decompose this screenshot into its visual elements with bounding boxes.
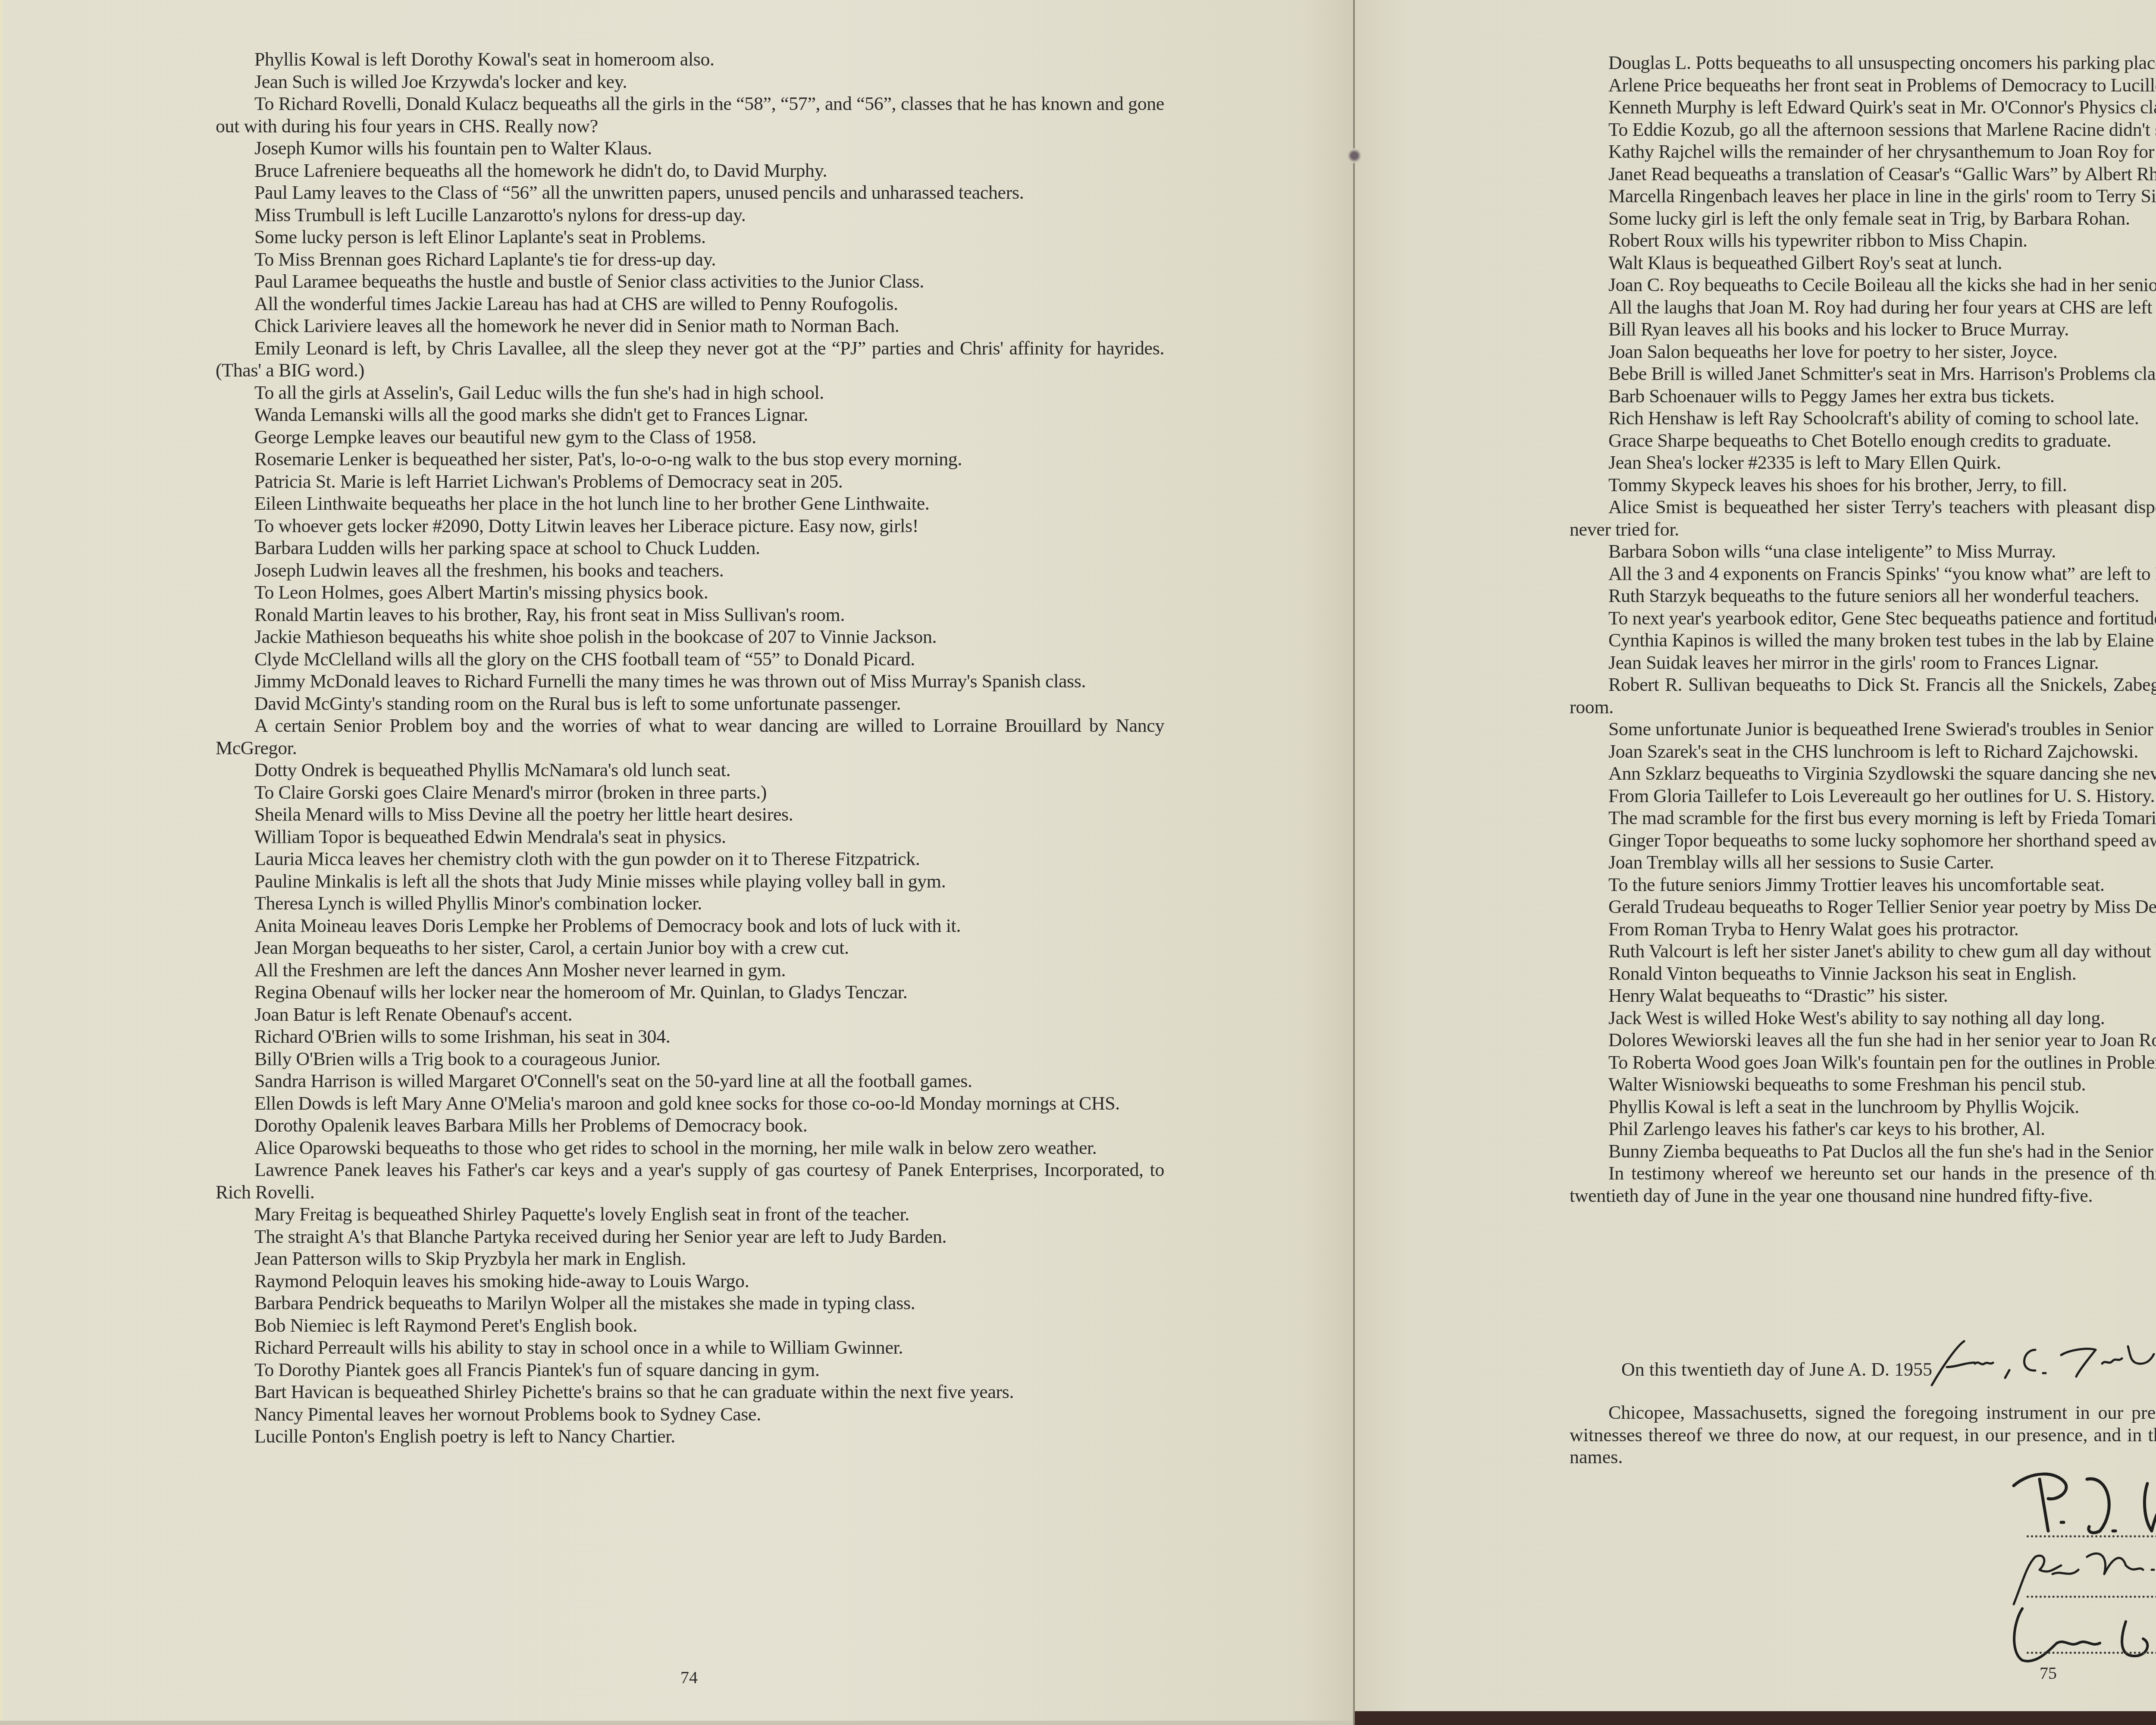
will-entry: Joan C. Roy bequeaths to Cecile Boileau …: [1570, 274, 2156, 296]
will-entry: Bart Havican is bequeathed Shirley Piche…: [216, 1381, 1164, 1403]
will-entry: Jimmy McDonald leaves to Richard Furnell…: [216, 670, 1164, 693]
will-entry: Richard Perreault wills his ability to s…: [216, 1336, 1164, 1359]
will-entry: Joan Szarek's seat in the CHS lunchroom …: [1570, 740, 2156, 763]
will-entry: Jean Patterson wills to Skip Pryzbyla he…: [216, 1248, 1164, 1270]
will-entry: Nancy Pimental leaves her wornout Proble…: [216, 1403, 1164, 1426]
will-entry: Walter Wisniowski bequeaths to some Fres…: [1570, 1073, 2156, 1096]
will-entry: Phyllis Kowal is left Dorothy Kowal's se…: [216, 48, 1164, 71]
will-entry: Bob Niemiec is left Raymond Peret's Engl…: [216, 1314, 1164, 1337]
will-entry: Walt Klaus is bequeathed Gilbert Roy's s…: [1570, 252, 2156, 274]
will-entry: Bruce Lafreniere bequeaths all the homew…: [216, 160, 1164, 182]
left-page-text: Phyllis Kowal is left Dorothy Kowal's se…: [216, 48, 1164, 1448]
staple-icon: [1347, 147, 1362, 164]
will-entry: Jean Such is willed Joe Krzywda's locker…: [216, 71, 1164, 93]
attestation-paragraph: Chicopee, Massachusetts, signed the fore…: [1570, 1402, 2156, 1468]
will-entry: Phil Zarlengo leaves his father's car ke…: [1570, 1118, 2156, 1140]
will-entry: Mary Freitag is bequeathed Shirley Paque…: [216, 1203, 1164, 1226]
will-entry: A certain Senior Problem boy and the wor…: [216, 715, 1164, 759]
will-entry: Alice Oparowski bequeaths to those who g…: [216, 1137, 1164, 1159]
will-entry: Robert R. Sullivan bequeaths to Dick St.…: [1570, 674, 2156, 718]
will-entry: Henry Walat bequeaths to “Drastic” his s…: [1570, 985, 2156, 1007]
signature-line-3: [2027, 1652, 2156, 1654]
will-entry: To Leon Holmes, goes Albert Martin's mis…: [216, 581, 1164, 604]
will-entry: Barbara Ludden wills her parking space a…: [216, 537, 1164, 559]
date-line: On this twentieth day of June A. D. 1955: [1621, 1358, 1932, 1380]
will-entry: Robert Roux wills his typewriter ribbon …: [1570, 229, 2156, 252]
will-entry: Lauria Micca leaves her chemistry cloth …: [216, 848, 1164, 870]
will-entry: Lawrence Panek leaves his Father's car k…: [216, 1159, 1164, 1203]
will-entry: Arlene Price bequeaths her front seat in…: [1570, 74, 2156, 97]
handwritten-signature-witness-1-icon: [2005, 1466, 2156, 1540]
will-entry: Dotty Ondrek is bequeathed Phyllis McNam…: [216, 759, 1164, 781]
signature-line-1: [2027, 1535, 2156, 1537]
will-entry: Richard O'Brien wills to some Irishman, …: [216, 1026, 1164, 1048]
will-entry: Jackie Mathieson bequeaths his white sho…: [216, 626, 1164, 648]
will-entry: Ruth Starzyk bequeaths to the future sen…: [1570, 585, 2156, 607]
will-entry: From Gloria Taillefer to Lois Levereault…: [1570, 785, 2156, 807]
will-entry: Billy O'Brien wills a Trig book to a cou…: [216, 1048, 1164, 1070]
will-entry: Bebe Brill is willed Janet Schmitter's s…: [1570, 363, 2156, 385]
page-number-left: 74: [680, 1669, 698, 1686]
will-entry: Joseph Ludwin leaves all the freshmen, h…: [216, 559, 1164, 582]
will-entry: Tommy Skypeck leaves his shoes for his b…: [1570, 474, 2156, 496]
will-entry: Wanda Lemanski wills all the good marks …: [216, 404, 1164, 426]
will-entry: Barbara Pendrick bequeaths to Marilyn Wo…: [216, 1292, 1164, 1314]
will-entry: To Miss Brennan goes Richard Laplante's …: [216, 248, 1164, 271]
will-entry: Douglas L. Potts bequeaths to all unsusp…: [1570, 52, 2156, 74]
will-entry: Cynthia Kapinos is willed the many broke…: [1570, 629, 2156, 652]
will-entry: Ann Szklarz bequeaths to Virginia Szydlo…: [1570, 762, 2156, 785]
will-entry: Some lucky girl is left the only female …: [1570, 207, 2156, 230]
will-entry: Jean Morgan bequeaths to her sister, Car…: [216, 937, 1164, 959]
book-cover-edge: [1355, 1711, 2156, 1725]
will-entry: The straight A's that Blanche Partyka re…: [216, 1226, 1164, 1248]
will-entry: Miss Trumbull is left Lucille Lanzarotto…: [216, 204, 1164, 226]
will-entry: Grace Sharpe bequeaths to Chet Botello e…: [1570, 430, 2156, 452]
will-entry: Ellen Dowds is left Mary Anne O'Melia's …: [216, 1092, 1164, 1115]
will-entry: Ronald Vinton bequeaths to Vinnie Jackso…: [1570, 963, 2156, 985]
will-entry: Marcella Ringenbach leaves her place in …: [1570, 185, 2156, 207]
will-entry: Jack West is willed Hoke West's ability …: [1570, 1007, 2156, 1029]
will-entry: The mad scramble for the first bus every…: [1570, 807, 2156, 829]
will-entry: Joan Tremblay wills all her sessions to …: [1570, 851, 2156, 874]
will-entry: Joseph Kumor wills his fountain pen to W…: [216, 137, 1164, 160]
book-spine: [1353, 0, 1355, 1725]
will-entry: Jean Shea's locker #2335 is left to Mary…: [1570, 452, 2156, 474]
will-entry: Rich Henshaw is left Ray Schoolcraft's a…: [1570, 407, 2156, 430]
will-entry: Sandra Harrison is willed Margaret O'Con…: [216, 1070, 1164, 1092]
will-entry: Paul Lamy leaves to the Class of “56” al…: [216, 182, 1164, 204]
will-entry: Chick Lariviere leaves all the homework …: [216, 315, 1164, 337]
will-entry: Some unfortunate Junior is bequeathed Ir…: [1570, 718, 2156, 740]
will-entry: In testimony whereof we hereunto set our…: [1570, 1162, 2156, 1207]
will-entry: George Lempke leaves our beautiful new g…: [216, 426, 1164, 448]
will-entry: Kathy Rajchel wills the remainder of her…: [1570, 141, 2156, 163]
will-entry: Lucille Ponton's English poetry is left …: [216, 1425, 1164, 1448]
will-entry: Bill Ryan leaves all his books and his l…: [1570, 318, 2156, 341]
will-entry: Alice Smist is bequeathed her sister Ter…: [1570, 496, 2156, 540]
will-entry: Joan Batur is left Renate Obenauf's acce…: [216, 1004, 1164, 1026]
will-entry: Sheila Menard wills to Miss Devine all t…: [216, 803, 1164, 826]
will-entry: Raymond Peloquin leaves his smoking hide…: [216, 1270, 1164, 1292]
will-entry: Bunny Ziemba bequeaths to Pat Duclos all…: [1570, 1140, 2156, 1163]
will-entry: Anita Moineau leaves Doris Lempke her Pr…: [216, 915, 1164, 937]
will-entry: Regina Obenauf wills her locker near the…: [216, 981, 1164, 1004]
will-entry: To Roberta Wood goes Joan Wilk's fountai…: [1570, 1051, 2156, 1074]
will-entry: All the 3 and 4 exponents on Francis Spi…: [1570, 563, 2156, 585]
will-entry: Ginger Topor bequeaths to some lucky sop…: [1570, 829, 2156, 852]
will-entry: Ronald Martin leaves to his brother, Ray…: [216, 604, 1164, 626]
will-entry: Pauline Minkalis is left all the shots t…: [216, 870, 1164, 893]
will-entry: To all the girls at Asselin's, Gail Ledu…: [216, 382, 1164, 404]
will-entry: To whoever gets locker #2090, Dotty Litw…: [216, 515, 1164, 537]
will-entry: To next year's yearbook editor, Gene Ste…: [1570, 607, 2156, 630]
will-entry: Dorothy Opalenik leaves Barbara Mills he…: [216, 1114, 1164, 1137]
left-page-bottom-edge: [0, 1721, 1355, 1725]
will-entry: Jean Suidak leaves her mirror in the gir…: [1570, 652, 2156, 674]
will-entry: Kenneth Murphy is left Edward Quirk's se…: [1570, 96, 2156, 119]
will-entry: Patricia St. Marie is left Harriet Lichw…: [216, 470, 1164, 493]
will-entry: Gerald Trudeau bequeaths to Roger Tellie…: [1570, 896, 2156, 918]
will-entry: To Richard Rovelli, Donald Kulacz bequea…: [216, 93, 1164, 137]
will-entry: All the laughs that Joan M. Roy had duri…: [1570, 296, 2156, 319]
will-entry: All the Freshmen are left the dances Ann…: [216, 959, 1164, 982]
yearbook-spread: Phyllis Kowal is left Dorothy Kowal's se…: [0, 0, 2156, 1725]
will-entry: To Claire Gorski goes Claire Menard's mi…: [216, 781, 1164, 804]
will-entry: Ruth Valcourt is left her sister Janet's…: [1570, 940, 2156, 963]
will-entry: William Topor is bequeathed Edwin Mendra…: [216, 826, 1164, 848]
page-number-right: 75: [2040, 1665, 2057, 1682]
handwritten-signature-witness-3-icon: [2005, 1596, 2156, 1669]
will-entry: Barbara Sobon wills “una clase inteligen…: [1570, 540, 2156, 563]
will-entry: David McGinty's standing room on the Rur…: [216, 693, 1164, 715]
will-entry: Dolores Wewiorski leaves all the fun she…: [1570, 1029, 2156, 1051]
will-entry: Paul Laramee bequeaths the hustle and bu…: [216, 270, 1164, 293]
will-entry: Joan Salon bequeaths her love for poetry…: [1570, 341, 2156, 363]
will-entry: Phyllis Kowal is left a seat in the lunc…: [1570, 1096, 2156, 1118]
will-entry: To Dorothy Piantek goes all Francis Pian…: [216, 1359, 1164, 1381]
will-entry: Theresa Lynch is willed Phyllis Minor's …: [216, 892, 1164, 915]
will-entry: Janet Read bequeaths a translation of Ce…: [1570, 163, 2156, 185]
will-entry: Clyde McClelland wills all the glory on …: [216, 648, 1164, 671]
will-entry: Rosemarie Lenker is bequeathed her siste…: [216, 448, 1164, 470]
will-entry: To the future seniors Jimmy Trottier lea…: [1570, 874, 2156, 896]
will-entry: All the wonderful times Jackie Lareau ha…: [216, 293, 1164, 315]
will-entry: From Roman Tryba to Henry Walat goes his…: [1570, 918, 2156, 941]
will-entry: Eileen Linthwaite bequeaths her place in…: [216, 492, 1164, 515]
will-entry: Emily Leonard is left, by Chris Lavallee…: [216, 337, 1164, 382]
will-entry: Some lucky person is left Elinor Laplant…: [216, 226, 1164, 248]
right-page-text: Douglas L. Potts bequeaths to all unsusp…: [1570, 52, 2156, 1207]
will-entry: To Eddie Kozub, go all the afternoon ses…: [1570, 119, 2156, 141]
will-entry: Barb Schoenauer wills to Peggy James her…: [1570, 385, 2156, 408]
handwritten-signature-class-icon: [1906, 1337, 2156, 1389]
